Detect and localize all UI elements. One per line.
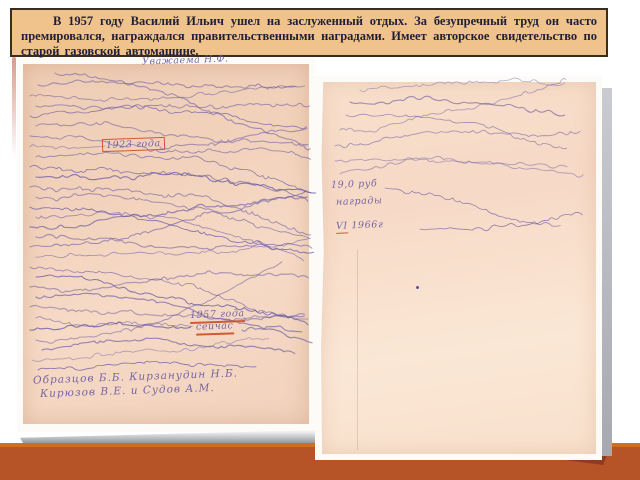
paper-fold-crease [357, 250, 358, 450]
title-text-box: В 1957 году Василий Ильич ушел на заслуж… [10, 8, 608, 57]
scanned-letter-page-2 [315, 76, 602, 460]
letter-paper-2 [321, 82, 596, 454]
red-box-icon: 1923 года [102, 137, 165, 152]
title-line-2: премировался, награждался правительствен… [21, 29, 597, 44]
presentation-slide: Уважаема Н.Ф. 1923 года 1957 года сейчас… [0, 0, 640, 480]
ink-dot [416, 286, 419, 289]
title-line-3: старой газовской автомашине. [21, 44, 597, 59]
left-edge-accent [12, 57, 16, 159]
annotation-underlined-now: сейчас [196, 320, 234, 335]
handwritten-date: VI 1966г [336, 219, 384, 234]
handwritten-amount: 19,0 руб [331, 178, 378, 191]
annotation-boxed-1923: 1923 года [102, 137, 165, 152]
title-line-1: В 1957 году Василий Ильич ушел на заслуж… [21, 14, 597, 29]
handwritten-awards: награды [336, 195, 383, 208]
